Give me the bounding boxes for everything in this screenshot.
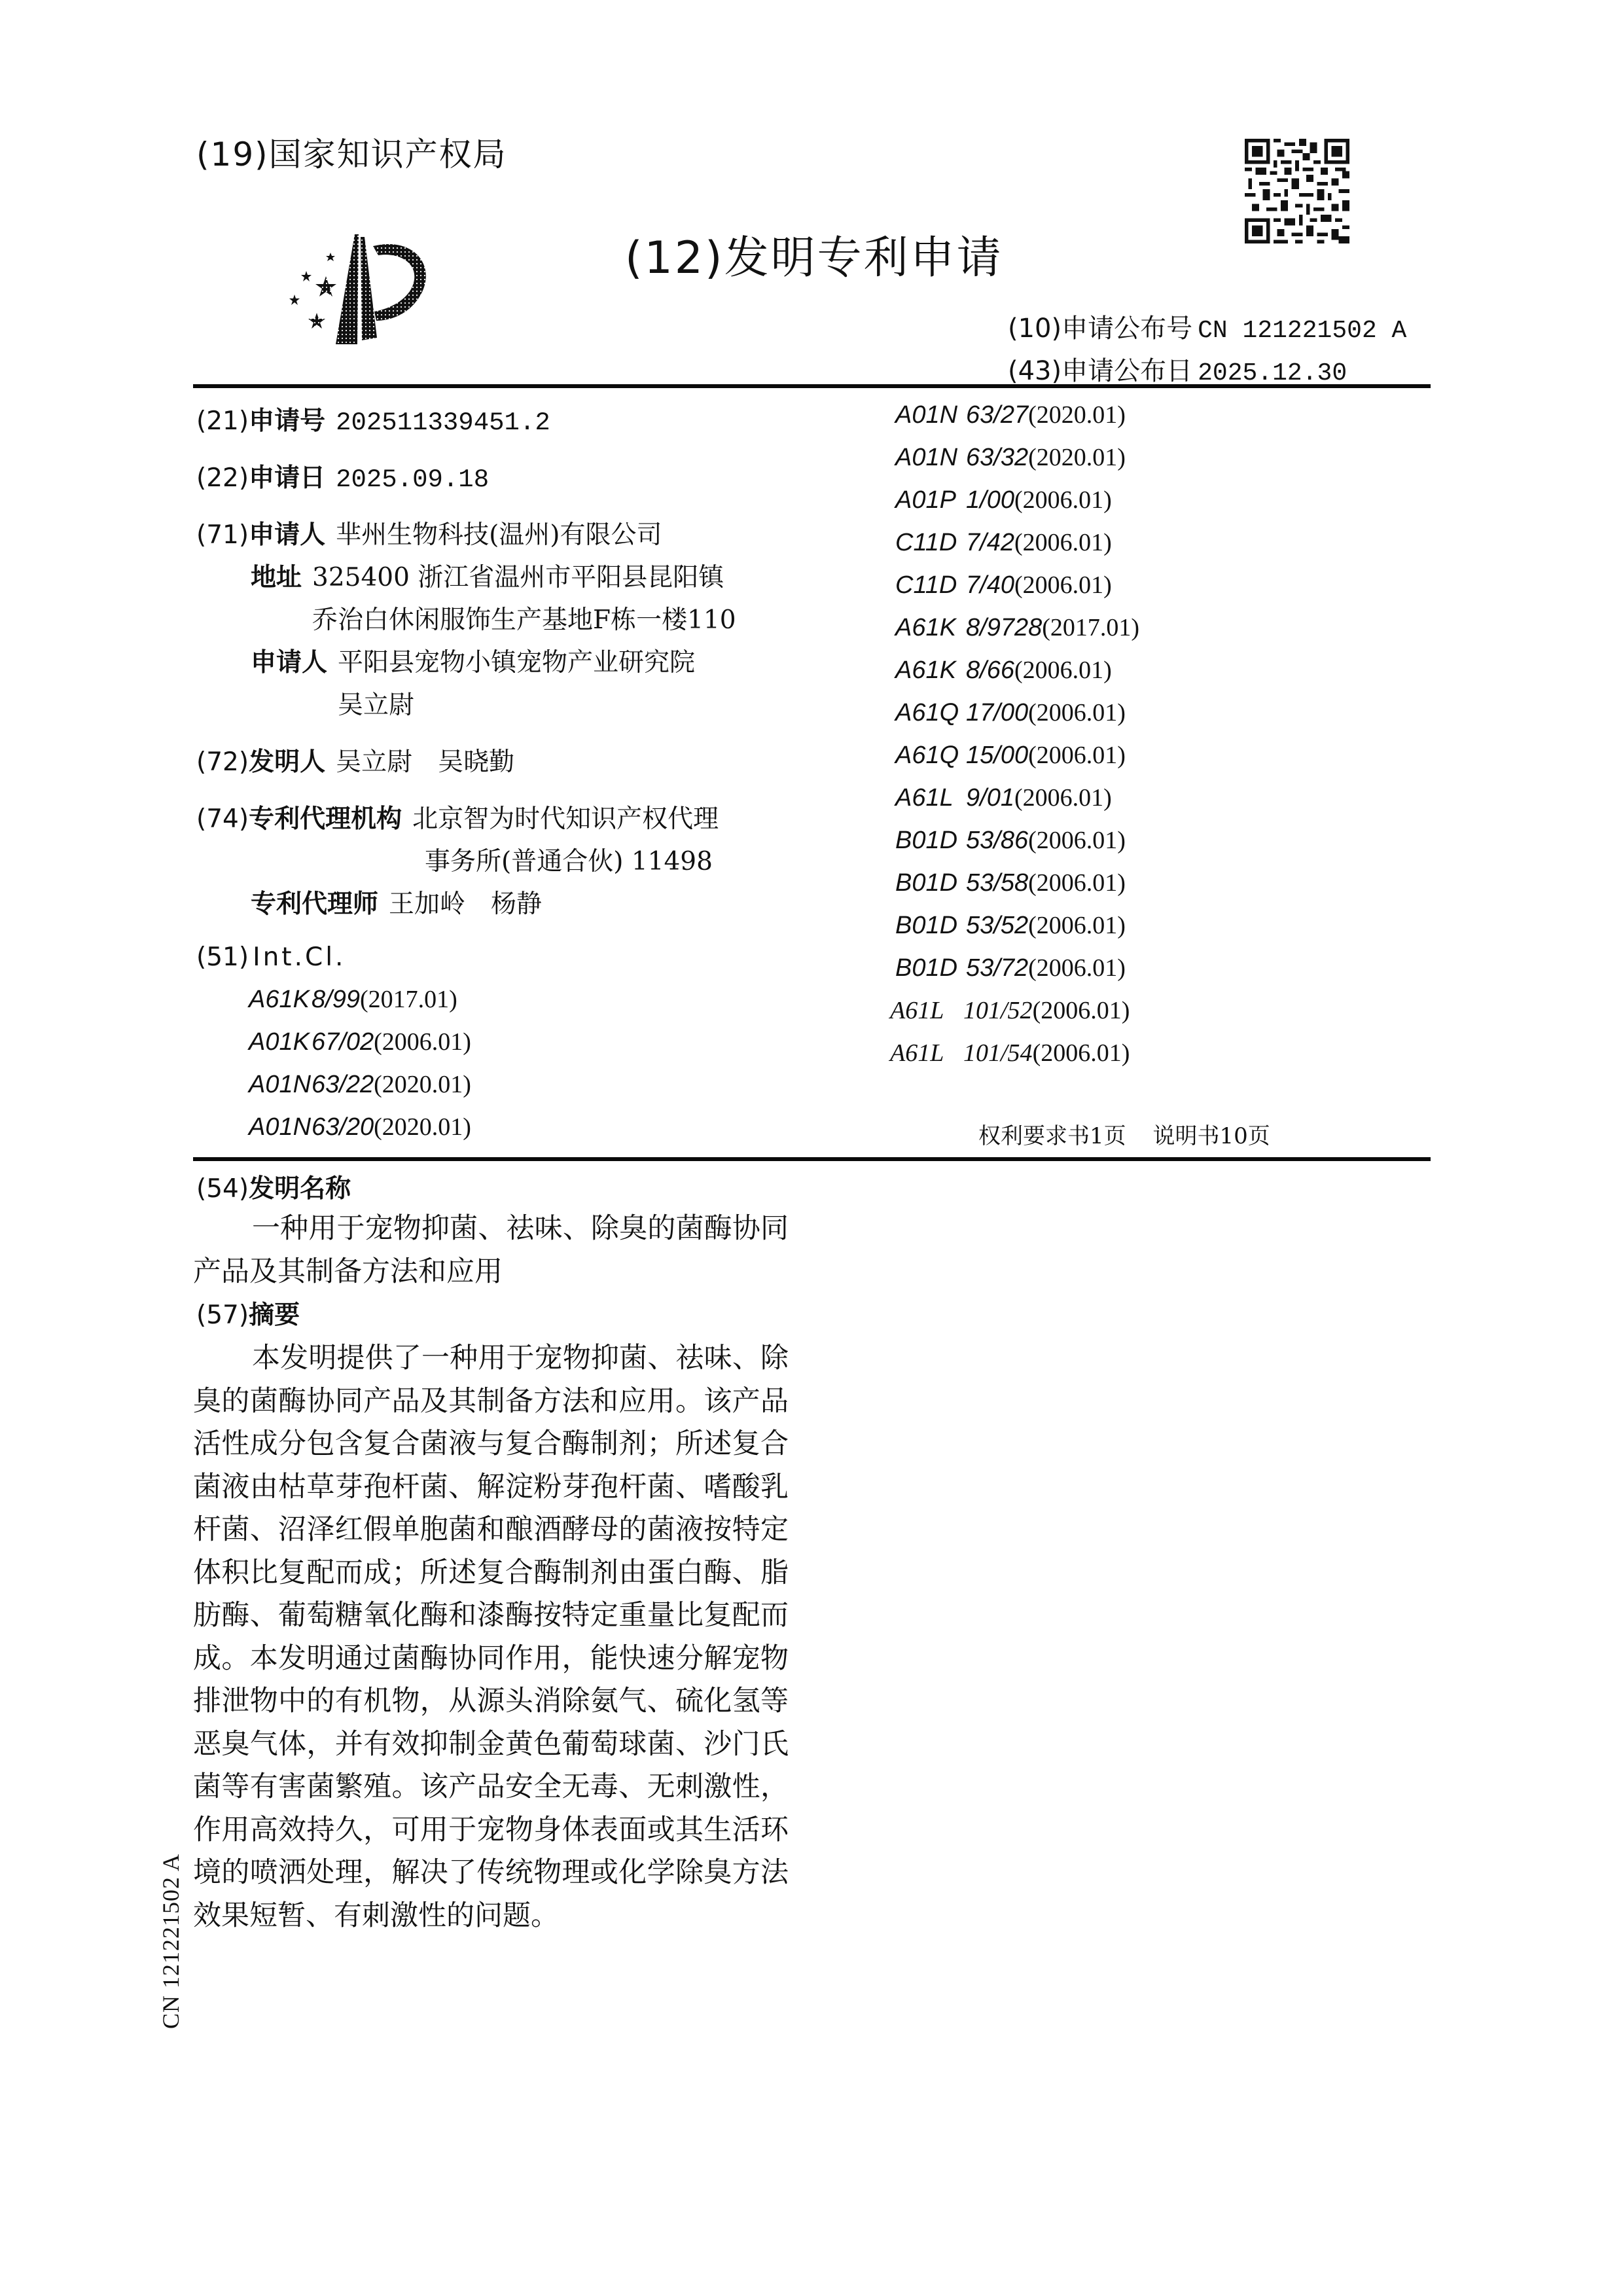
- publication-date: (43)申请公布日2025.12.30: [1008, 350, 1347, 387]
- ipc-entry: A61Q15/00(2006.01): [895, 741, 1126, 770]
- applicant-address: 地址325400 浙江省温州市平阳县昆阳镇: [251, 557, 724, 594]
- applicant: (71)申请人芈州生物科技(温州)有限公司: [196, 514, 662, 551]
- document-type: (12)发明专利申请: [625, 223, 1003, 286]
- ipc-entry: A01P1/00(2006.01): [895, 486, 1112, 514]
- header-divider: [193, 384, 1431, 388]
- inventors: (72)发明人吴立尉 吴晓勤: [196, 742, 514, 778]
- publication-number: (10)申请公布号CN 121221502 A: [1008, 308, 1406, 345]
- ipc-entry: B01D53/52(2006.01): [895, 911, 1126, 940]
- doc-type-code: (12): [625, 232, 724, 284]
- cnipa-logo-icon: [262, 223, 432, 347]
- ipc-entry: A61Q17/00(2006.01): [895, 698, 1126, 727]
- ipc-entry: A61K8/66(2006.01): [895, 656, 1112, 685]
- int-cl-heading: (51)Int.Cl.: [196, 942, 346, 972]
- issuing-office: (19)国家知识产权局: [196, 128, 507, 175]
- patent-agency-line2: 事务所(普通合伙) 11498: [425, 841, 713, 878]
- title-heading: (54)发明名称: [196, 1168, 351, 1205]
- ipc-entry: B01D53/58(2006.01): [895, 869, 1126, 897]
- invention-title: 一种用于宠物抑菌、祛味、除臭的菌酶协同产品及其制备方法和应用: [193, 1208, 789, 1293]
- office-name: 国家知识产权局: [269, 135, 507, 173]
- ipc-entry: A01N63/32(2020.01): [895, 443, 1126, 472]
- filing-date: (22)申请日2025.09.18: [196, 457, 489, 494]
- ipc-entry: B01D53/86(2006.01): [895, 826, 1126, 855]
- patent-front-page: (19)国家知识产权局 (12)发明专利申请: [0, 0, 1623, 2296]
- pub-no-label: 申请公布号: [1061, 314, 1192, 344]
- ipc-entry: A01N63/20(2020.01): [249, 1113, 471, 1141]
- page-count-note: 权利要求书1页 说明书10页: [978, 1118, 1270, 1150]
- pub-date-value: 2025.12.30: [1198, 359, 1347, 387]
- pub-no-code: (10): [1008, 314, 1061, 344]
- co-applicant: 申请人平阳县宠物小镇宠物产业研究院: [251, 642, 695, 679]
- applicant-address-line2: 地址乔治白休闲服饰生产基地F栋一楼110: [251, 600, 736, 636]
- doc-type-label: 发明专利申请: [724, 232, 1003, 284]
- ipc-entry: A61L9/01(2006.01): [895, 783, 1112, 812]
- patent-agents: 专利代理师王加岭 杨静: [251, 884, 542, 920]
- ipc-entry: C11D7/42(2006.01): [895, 528, 1112, 557]
- co-applicant-2: 申请人吴立尉: [251, 685, 414, 721]
- patent-agency: (74)专利代理机构北京智为时代知识产权代理: [196, 798, 719, 835]
- office-code: (19): [196, 135, 269, 173]
- ipc-entry: A01N63/27(2020.01): [895, 401, 1126, 429]
- pub-no-value: CN 121221502 A: [1198, 317, 1406, 345]
- ipc-entry: A61L101/52(2006.01): [890, 996, 1130, 1025]
- ipc-entry: B01D53/72(2006.01): [895, 954, 1126, 982]
- ipc-entry: A61K8/99(2017.01): [249, 985, 457, 1014]
- pub-date-label: 申请公布日: [1061, 356, 1192, 386]
- ipc-entry: C11D7/40(2006.01): [895, 571, 1112, 600]
- pub-date-code: (43): [1008, 356, 1061, 386]
- ipc-entry: A61K8/9728(2017.01): [895, 613, 1139, 642]
- abstract-text: 本发明提供了一种用于宠物抑菌、祛味、除臭的菌酶协同产品及其制备方法和应用。该产品…: [193, 1337, 789, 1937]
- abstract-heading: (57)摘要: [196, 1295, 300, 1331]
- application-number: (21)申请号202511339451.2: [196, 401, 550, 437]
- margin-publication-number: CN 121221502 A: [157, 1854, 185, 2029]
- ipc-entry: A01K67/02(2006.01): [249, 1028, 471, 1056]
- qr-code-icon[interactable]: [1245, 139, 1349, 243]
- ipc-entry: A61L101/54(2006.01): [890, 1039, 1130, 1067]
- body-divider: [193, 1157, 1431, 1161]
- ipc-entry: A01N63/22(2020.01): [249, 1070, 471, 1099]
